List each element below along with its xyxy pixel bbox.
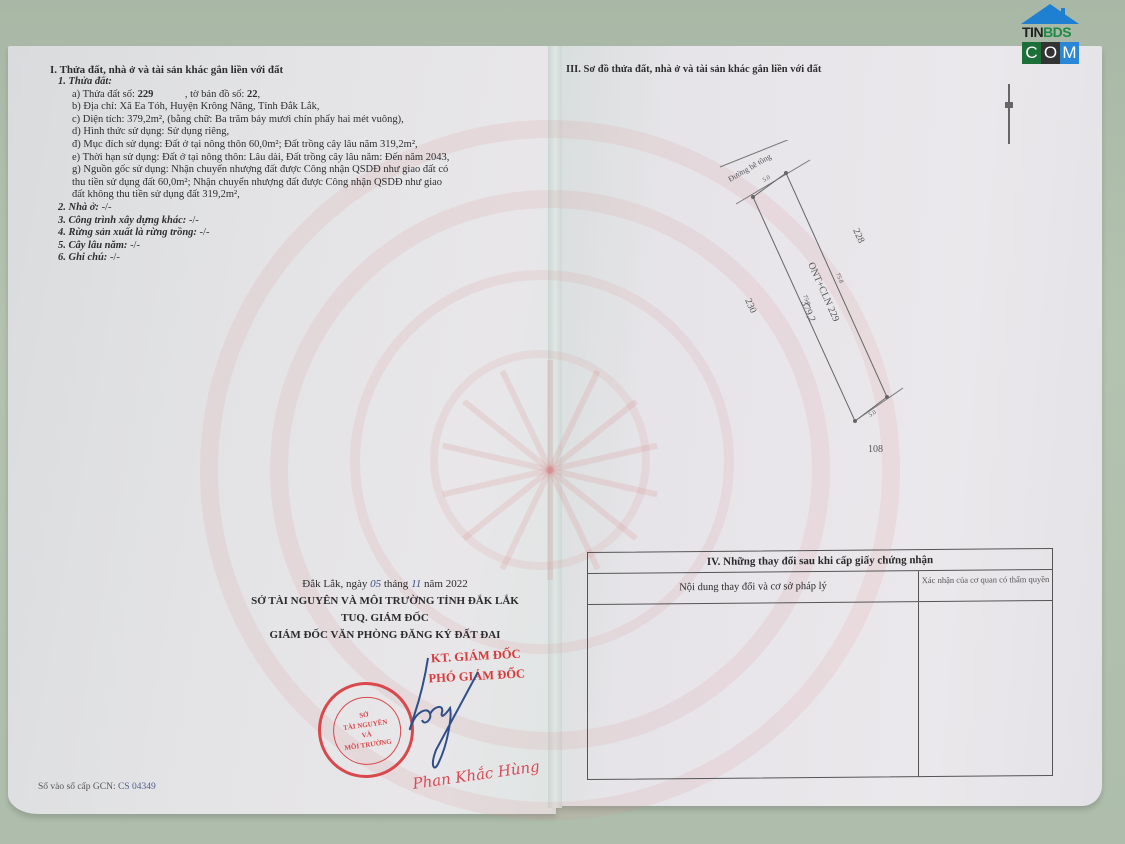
- area-line: c) Diện tích: 379,2m², (bằng chữ: Ba tră…: [58, 114, 449, 127]
- neighbor-228: 228: [850, 227, 866, 245]
- signature-icon: [394, 654, 504, 774]
- section-other-construction: 3. Công trình xây dựng khác: -/-: [58, 215, 449, 228]
- gcn-serial-number: CS 04349: [118, 782, 156, 792]
- origin-line-3: đất không thu tiền sử dụng đất 319,2m²,: [58, 189, 449, 202]
- section-notes: 6. Ghi chú: -/-: [58, 252, 449, 265]
- tuq-title: TUQ. GIÁM ĐỐC: [190, 610, 580, 627]
- land-details: 1. Thửa đất: a) Thửa đất số: 229 , tờ bả…: [58, 76, 449, 265]
- logo-letter-c: C: [1022, 42, 1041, 64]
- section-heading-land: I. Thửa đất, nhà ở và tài sản khác gắn l…: [50, 64, 283, 77]
- parcel-number: 229: [138, 89, 154, 100]
- issuing-org: SỞ TÀI NGUYÊN VÀ MÔI TRƯỜNG TỈNH ĐẮK LẮK: [190, 593, 580, 610]
- signing-month: 11: [411, 578, 421, 590]
- gcn-serial: Số vào sổ cấp GCN: CS 04349: [38, 782, 156, 792]
- section-forest: 4. Rừng sản xuất là rừng trồng: -/-: [58, 227, 449, 240]
- changes-confirmation-cell: [919, 601, 1052, 777]
- section1-title: 1. Thửa đất:: [58, 76, 449, 89]
- usage-form-line: d) Hình thức sử dụng: Sử dụng riêng,: [58, 126, 449, 139]
- logo-letter-m: M: [1060, 42, 1079, 64]
- tinbds-logo: TINBDS C O M: [1021, 4, 1079, 62]
- changes-col-content: Nội dung thay đổi và cơ sở pháp lý: [588, 571, 919, 604]
- origin-line-2: thu tiền sử dụng đất 60,0m²; Nhận chuyển…: [58, 177, 449, 190]
- parcel-map: Đường bê tông 5.0 5.0 ONT+CLN 229 379,2 …: [700, 140, 920, 460]
- signing-date: Đắk Lắk, ngày 05 tháng 11 năm 2022: [190, 576, 580, 593]
- section-house: 2. Nhà ở: -/-: [58, 202, 449, 215]
- parcel-number-line: a) Thửa đất số: 229 , tờ bản đồ số: 22,: [58, 89, 449, 102]
- booklet-spine: [548, 46, 562, 808]
- section-perennial: 5. Cây lâu năm: -/-: [58, 240, 449, 253]
- edge-top-length: 5.0: [762, 175, 771, 184]
- logo-text-tin: TIN: [1022, 24, 1043, 40]
- logo-text-bds: BDS: [1043, 24, 1071, 40]
- changes-col-confirmation: Xác nhận của cơ quan có thẩm quyền: [919, 570, 1052, 601]
- changes-table: IV. Những thay đổi sau khi cấp giấy chứn…: [587, 548, 1053, 780]
- north-arrow-icon: [1008, 84, 1010, 144]
- origin-line-1: g) Nguồn gốc sử dụng: Nhận chuyển nhượng…: [58, 164, 449, 177]
- address-line: b) Địa chỉ: Xã Ea Tóh, Huyện Krông Năng,…: [58, 101, 449, 114]
- office-title: GIÁM ĐỐC VĂN PHÒNG ĐĂNG KÝ ĐẤT ĐAI: [190, 627, 580, 644]
- house-roof-icon: [1021, 4, 1079, 24]
- signing-day: 05: [370, 578, 381, 590]
- logo-letter-o: O: [1041, 42, 1060, 64]
- usage-purpose-line: đ) Mục đích sử dụng: Đất ở tại nông thôn…: [58, 139, 449, 152]
- neighbor-230: 230: [742, 297, 758, 315]
- chimney-icon: [1061, 8, 1065, 18]
- map-sheet-number: 22: [247, 89, 258, 100]
- usage-term-line: e) Thời hạn sử dụng: Đất ở tại nông thôn…: [58, 152, 449, 165]
- signing-block: Đắk Lắk, ngày 05 tháng 11 năm 2022 SỞ TÀ…: [190, 576, 580, 644]
- changes-content-cell: [588, 602, 919, 780]
- neighbor-108: 108: [868, 444, 883, 455]
- section-heading-map: III. Sơ đồ thửa đất, nhà ở và tài sản kh…: [566, 64, 821, 77]
